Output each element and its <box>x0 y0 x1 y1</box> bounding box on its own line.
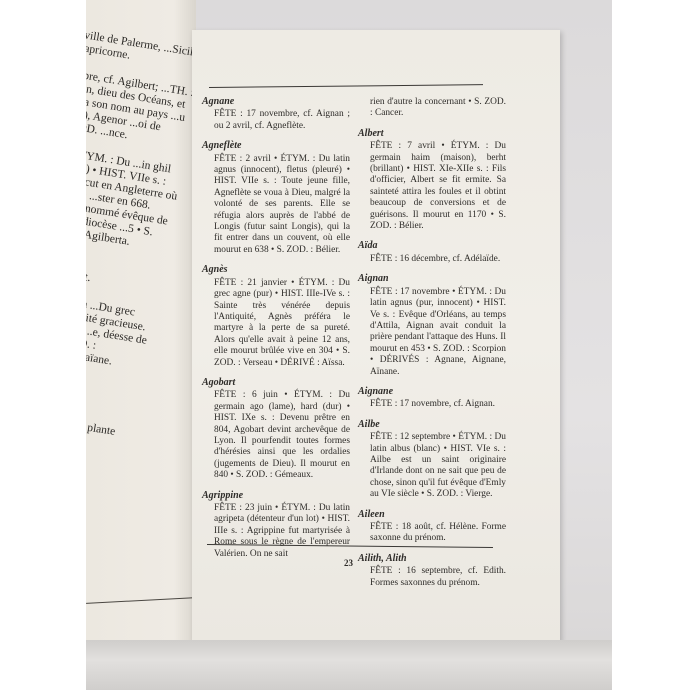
entry-headword: Aignan <box>358 273 506 284</box>
left-page-rule <box>86 597 196 604</box>
left-fragment: ...11 octobre • ÉTYM. : Du ...in ghil (o… <box>86 138 185 256</box>
entry-headword: Aïda <box>358 240 506 251</box>
column-2: rien d'autre la concernant • S. ZOD. : C… <box>370 97 506 597</box>
entry-text: FÊTE : 21 janvier • ÉTYM. : Du grec agne… <box>214 278 350 369</box>
entry-text: rien d'autre la concernant • S. ZOD. : C… <box>370 97 506 120</box>
left-page: ...atron de la ville de Palerme, ...Sici… <box>86 0 196 690</box>
column-1: Agnane FÊTE : 17 novembre, cf. Aignan ; … <box>214 96 350 568</box>
left-fragment: ...atron de la ville de Palerme, ...Sici… <box>86 20 196 74</box>
entry-headword: Agnès <box>202 264 350 275</box>
entry-text: FÊTE : 7 avril • ÉTYM. : Du germain haim… <box>370 141 506 232</box>
left-fragment: ...tobre, cf. Aglaonema ...Du grec aglai… <box>86 283 162 375</box>
dictionary-entry: Albert FÊTE : 7 avril • ÉTYM. : Du germa… <box>370 128 506 233</box>
entry-text: FÊTE : 16 septembre, cf. Edith. Formes s… <box>370 566 506 589</box>
entry-headword: Aileen <box>358 509 506 520</box>
entry-text: FÊTE : 2 avril • ÉTYM. : Du latin agnus … <box>214 154 350 257</box>
dictionary-entry: Aïda FÊTE : 16 décembre, cf. Adélaïde. <box>370 240 506 265</box>
dictionary-entry: Ailbe FÊTE : 12 septembre • ÉTYM. : Du l… <box>370 419 506 501</box>
entry-text: FÊTE : 17 novembre, cf. Aignan ; ou 2 av… <box>214 109 350 132</box>
entry-text: FÊTE : 17 novembre • ÉTYM. : Du latin ag… <box>370 287 506 378</box>
entry-headword: Agrippine <box>202 490 350 501</box>
entry-text: FÊTE : 12 septembre • ÉTYM. : Du latin a… <box>370 432 506 500</box>
dictionary-entry: Aignane FÊTE : 17 novembre, cf. Aignan. <box>370 386 506 411</box>
left-fragment: ...TE : 11 octobre, cf. Agilbert; ...TH.… <box>86 60 196 152</box>
entry-text: FÊTE : 6 juin • ÉTYM. : Du germain ago (… <box>214 390 350 481</box>
dictionary-entry: Ailith, Alith FÊTE : 16 septembre, cf. E… <box>370 553 506 589</box>
dictionary-entry-continued: rien d'autre la concernant • S. ZOD. : C… <box>370 97 506 120</box>
entry-headword: Ailith, Alith <box>358 553 506 564</box>
entry-headword: Agobart <box>202 377 350 388</box>
dictionary-entry: Aignan FÊTE : 17 novembre • ÉTYM. : Du l… <box>370 273 506 378</box>
entry-headword: Albert <box>358 128 506 139</box>
dictionary-entry: Agnès FÊTE : 21 janvier • ÉTYM. : Du gre… <box>214 264 350 369</box>
entry-headword: Ailbe <box>358 419 506 430</box>
page-stack-edge <box>86 640 612 690</box>
dictionary-entry: Agnane FÊTE : 17 novembre, cf. Aignan ; … <box>214 96 350 132</box>
entry-text: FÊTE : 16 décembre, cf. Adélaïde. <box>370 254 506 265</box>
dictionary-entry: Agneflète FÊTE : 2 avril • ÉTYM. : Du la… <box>214 140 350 256</box>
dictionary-entry: Aileen FÊTE : 18 août, cf. Hélène. Forme… <box>370 509 506 545</box>
page-number: 23 <box>344 558 353 568</box>
dictionary-entry: Agrippine FÊTE : 23 juin • ÉTYM. : Du la… <box>214 490 350 560</box>
entry-text: FÊTE : 23 juin • ÉTYM. : Du latin agripe… <box>214 503 350 560</box>
entry-text: FÊTE : 17 novembre, cf. Aignan. <box>370 399 506 410</box>
entry-headword: Agnane <box>202 96 350 107</box>
entry-text: FÊTE : 18 août, cf. Hélène. Forme saxonn… <box>370 522 506 545</box>
left-page-text: ...atron de la ville de Palerme, ...Sici… <box>86 20 196 470</box>
entry-headword: Agneflète <box>202 140 350 151</box>
dictionary-entry: Agobart FÊTE : 6 juin • ÉTYM. : Du germa… <box>214 377 350 482</box>
entry-headword: Aignane <box>358 386 506 397</box>
